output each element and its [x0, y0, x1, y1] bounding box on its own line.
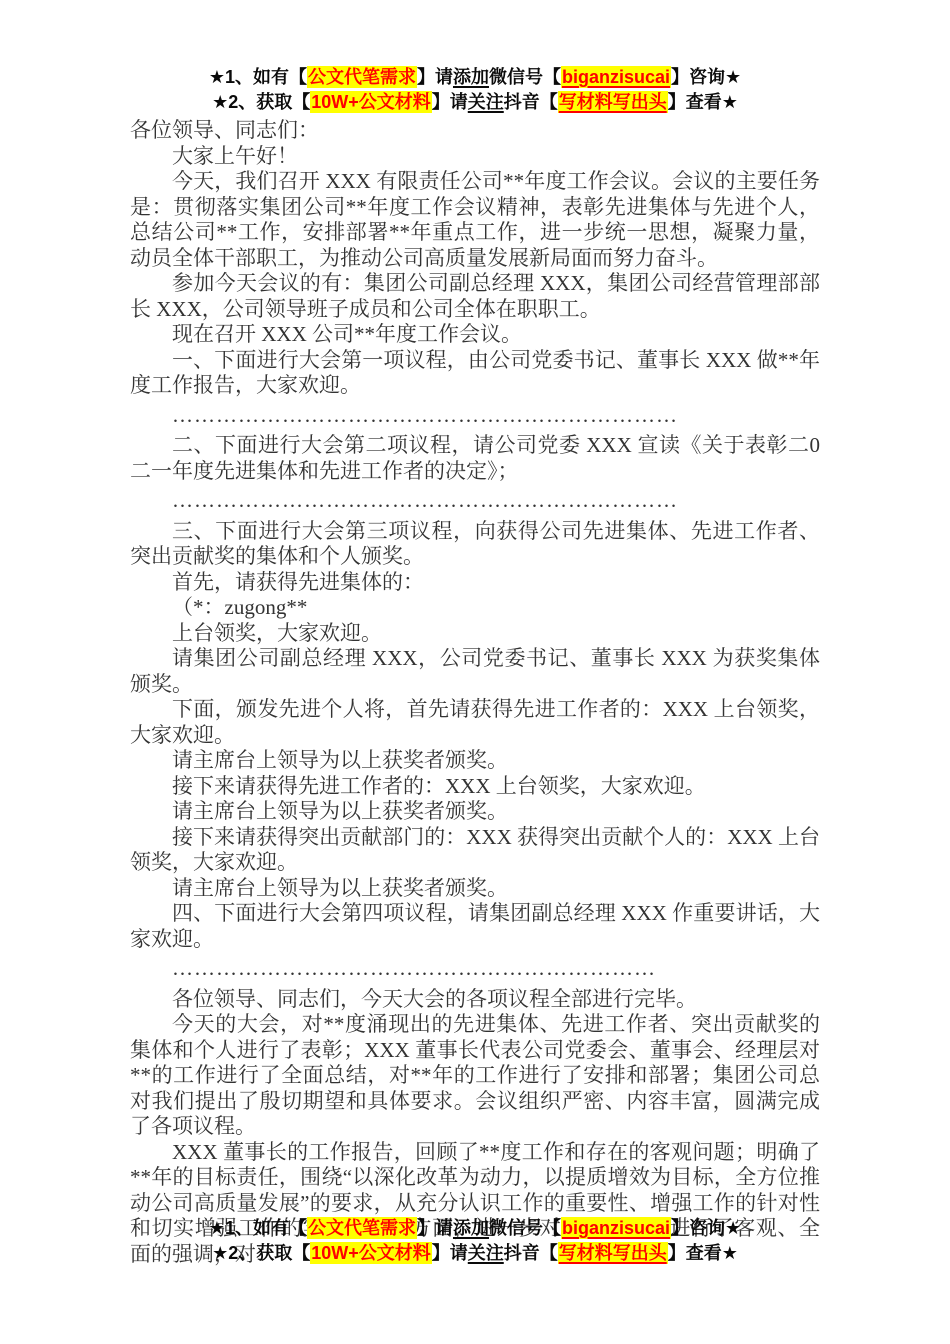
dots-separator: ………………………………………………………… — [130, 952, 820, 987]
service-highlight: 公文代笔需求 — [307, 1217, 417, 1239]
banner-text: 】请 — [417, 67, 453, 87]
paragraph: 首先，请获得先进集体的： — [130, 570, 820, 596]
paragraph: 参加今天会议的有：集团公司副总经理 XXX，集团公司经营管理部部长 XXX，公司… — [130, 271, 820, 322]
paragraph: 现在召开 XXX 公司**年度工作会议。 — [130, 322, 820, 348]
banner-text: 抖音【 — [504, 92, 558, 112]
footer-banner: ★1、如有【公文代笔需求】请添加微信号【biganzisucai】咨询★★2、获… — [0, 1216, 950, 1266]
banner-text: 】请 — [432, 1243, 468, 1263]
document-body: 各位领导、同志们：大家上午好！今天，我们召开 XXX 有限责任公司**年度工作会… — [130, 118, 820, 1267]
material-highlight: 10W+公文材料 — [310, 91, 432, 113]
paragraph: 请主席台上领导为以上获奖者颁奖。 — [130, 876, 820, 902]
follow-action-text: 关注 — [468, 92, 504, 112]
wechat-id: biganzisucai — [561, 66, 671, 88]
paragraph: 今天，我们召开 XXX 有限责任公司**年度工作会议。会议的主要任务是：贯彻落实… — [130, 169, 820, 271]
banner-text: 微信号【 — [489, 1218, 561, 1238]
document-page: ★1、如有【公文代笔需求】请添加微信号【biganzisucai】咨询★★2、获… — [0, 0, 950, 1344]
paragraph: 四、下面进行大会第四项议程，请集团副总经理 XXX 作重要讲话，大家欢迎。 — [130, 901, 820, 952]
dots-separator: …………………………………………………………… — [130, 399, 820, 434]
dots-separator: …………………………………………………………… — [130, 484, 820, 519]
banner-line: ★2、获取【10W+公文材料】请关注抖音【写材料写出头】查看★ — [0, 90, 950, 115]
douyin-account: 写材料写出头 — [558, 91, 668, 113]
banner-line: ★2、获取【10W+公文材料】请关注抖音【写材料写出头】查看★ — [0, 1241, 950, 1266]
paragraph: 大家上午好！ — [130, 144, 820, 170]
add-action-text: 添加 — [453, 1218, 489, 1238]
paragraph: 接下来请获得先进工作者的：XXX 上台领奖，大家欢迎。 — [130, 774, 820, 800]
banner-text: ★2、获取【 — [212, 92, 310, 112]
paragraph: 三、下面进行大会第三项议程，向获得公司先进集体、先进工作者、突出贡献奖的集体和个… — [130, 519, 820, 570]
banner-text: ★2、获取【 — [212, 1243, 310, 1263]
paragraph: （*：zugong** — [130, 595, 820, 621]
banner-text: 】请 — [432, 92, 468, 112]
banner-text: 】请 — [417, 1218, 453, 1238]
follow-action-text: 关注 — [468, 1243, 504, 1263]
banner-text: 抖音【 — [504, 1243, 558, 1263]
add-action-text: 添加 — [453, 67, 489, 87]
paragraph: 一、下面进行大会第一项议程，由公司党委书记、董事长 XXX 做**年度工作报告，… — [130, 348, 820, 399]
paragraph: 下面，颁发先进个人将，首先请获得先进工作者的：XXX 上台领奖，大家欢迎。 — [130, 697, 820, 748]
banner-text: 】咨询★ — [671, 1218, 741, 1238]
paragraph: 请主席台上领导为以上获奖者颁奖。 — [130, 799, 820, 825]
paragraph: 接下来请获得突出贡献部门的：XXX 获得突出贡献个人的：XXX 上台领奖，大家欢… — [130, 825, 820, 876]
banner-line: ★1、如有【公文代笔需求】请添加微信号【biganzisucai】咨询★ — [0, 1216, 950, 1241]
douyin-account: 写材料写出头 — [558, 1242, 668, 1264]
paragraph: 各位领导、同志们，今天大会的各项议程全部进行完毕。 — [130, 987, 820, 1013]
paragraph: 请集团公司副总经理 XXX，公司党委书记、董事长 XXX 为获奖集体颁奖。 — [130, 646, 820, 697]
banner-text: ★1、如有【 — [209, 67, 307, 87]
paragraph: 今天的大会，对**度涌现出的先进集体、先进工作者、突出贡献奖的集体和个人进行了表… — [130, 1012, 820, 1140]
banner-text: 微信号【 — [489, 67, 561, 87]
material-highlight: 10W+公文材料 — [310, 1242, 432, 1264]
banner-line: ★1、如有【公文代笔需求】请添加微信号【biganzisucai】咨询★ — [0, 65, 950, 90]
banner-text: ★1、如有【 — [209, 1218, 307, 1238]
banner-text: 】咨询★ — [671, 67, 741, 87]
service-highlight: 公文代笔需求 — [307, 66, 417, 88]
paragraph: 上台领奖，大家欢迎。 — [130, 621, 820, 647]
wechat-id: biganzisucai — [561, 1217, 671, 1239]
header-banner: ★1、如有【公文代笔需求】请添加微信号【biganzisucai】咨询★★2、获… — [0, 65, 950, 115]
paragraph: 二、下面进行大会第二项议程，请公司党委 XXX 宣读《关于表彰二0二一年度先进集… — [130, 433, 820, 484]
banner-text: 】查看★ — [668, 1243, 738, 1263]
banner-text: 】查看★ — [668, 92, 738, 112]
paragraph: 请主席台上领导为以上获奖者颁奖。 — [130, 748, 820, 774]
paragraph: 各位领导、同志们： — [130, 118, 820, 144]
